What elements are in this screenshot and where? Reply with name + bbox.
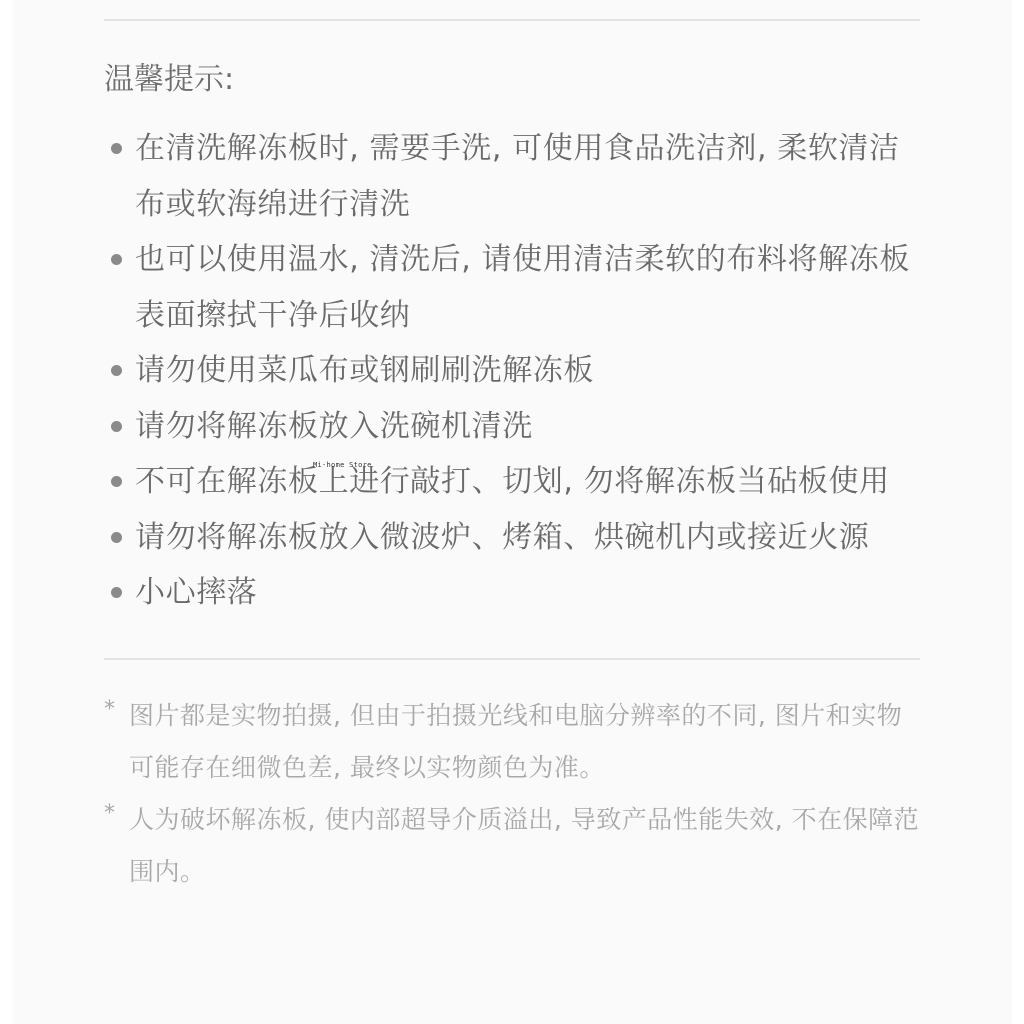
tip-text: 不可在解冻板上进行敲打、切划, 勿将解冻板当砧板使用: [135, 464, 890, 499]
tip-text: 小心摔落: [135, 575, 257, 610]
tip-text: 在清洗解冻板时, 需要手洗, 可使用食品洗洁剂, 柔软清洁布或软海绵进行清洗: [135, 131, 900, 222]
bullet-dot-icon: [111, 532, 122, 543]
tip-item: 请勿使用菜瓜布或钢刷刷洗解冻板: [104, 343, 920, 399]
tip-item: 也可以使用温水, 清洗后, 请使用清洁柔软的布料将解冻板表面擦拭干净后收纳: [104, 232, 920, 343]
bullet-dot-icon: [111, 143, 122, 154]
asterisk-icon: *: [104, 788, 116, 840]
tip-item: 请勿将解冻板放入微波炉、烤箱、烘碗机内或接近火源: [104, 510, 920, 566]
tip-text: 请勿将解冻板放入洗碗机清洗: [135, 409, 533, 444]
asterisk-icon: *: [104, 684, 116, 736]
tips-heading: 温馨提示:: [104, 58, 234, 102]
tip-item: 不可在解冻板上进行敲打、切划, 勿将解冻板当砧板使用: [104, 454, 920, 510]
tips-list: 在清洗解冻板时, 需要手洗, 可使用食品洗洁剂, 柔软清洁布或软海绵进行清洗 也…: [104, 121, 920, 621]
store-watermark: Mi-home Store: [313, 461, 372, 469]
footnote-item: * 人为破坏解冻板, 使内部超导介质溢出, 导致产品性能失效, 不在保障范围内。: [104, 794, 920, 898]
bullet-dot-icon: [111, 421, 122, 432]
bullet-dot-icon: [111, 476, 122, 487]
footnotes-list: * 图片都是实物拍摄, 但由于拍摄光线和电脑分辨率的不同, 图片和实物可能存在细…: [104, 690, 920, 898]
tip-item: 在清洗解冻板时, 需要手洗, 可使用食品洗洁剂, 柔软清洁布或软海绵进行清洗: [104, 121, 920, 232]
tip-text: 请勿使用菜瓜布或钢刷刷洗解冻板: [135, 353, 594, 388]
tip-item: 请勿将解冻板放入洗碗机清洗: [104, 399, 920, 455]
bullet-dot-icon: [111, 254, 122, 265]
section-divider: [104, 658, 920, 660]
bullet-dot-icon: [111, 365, 122, 376]
top-divider: [104, 19, 920, 21]
tip-text: 请勿将解冻板放入微波炉、烤箱、烘碗机内或接近火源: [135, 520, 869, 555]
footnote-text: 人为破坏解冻板, 使内部超导介质溢出, 导致产品性能失效, 不在保障范围内。: [129, 805, 919, 886]
tip-item: 小心摔落: [104, 565, 920, 621]
footnote-text: 图片都是实物拍摄, 但由于拍摄光线和电脑分辨率的不同, 图片和实物可能存在细微色…: [129, 701, 902, 782]
tip-text: 也可以使用温水, 清洗后, 请使用清洁柔软的布料将解冻板表面擦拭干净后收纳: [135, 242, 910, 333]
bullet-dot-icon: [111, 587, 122, 598]
footnote-item: * 图片都是实物拍摄, 但由于拍摄光线和电脑分辨率的不同, 图片和实物可能存在细…: [104, 690, 920, 794]
